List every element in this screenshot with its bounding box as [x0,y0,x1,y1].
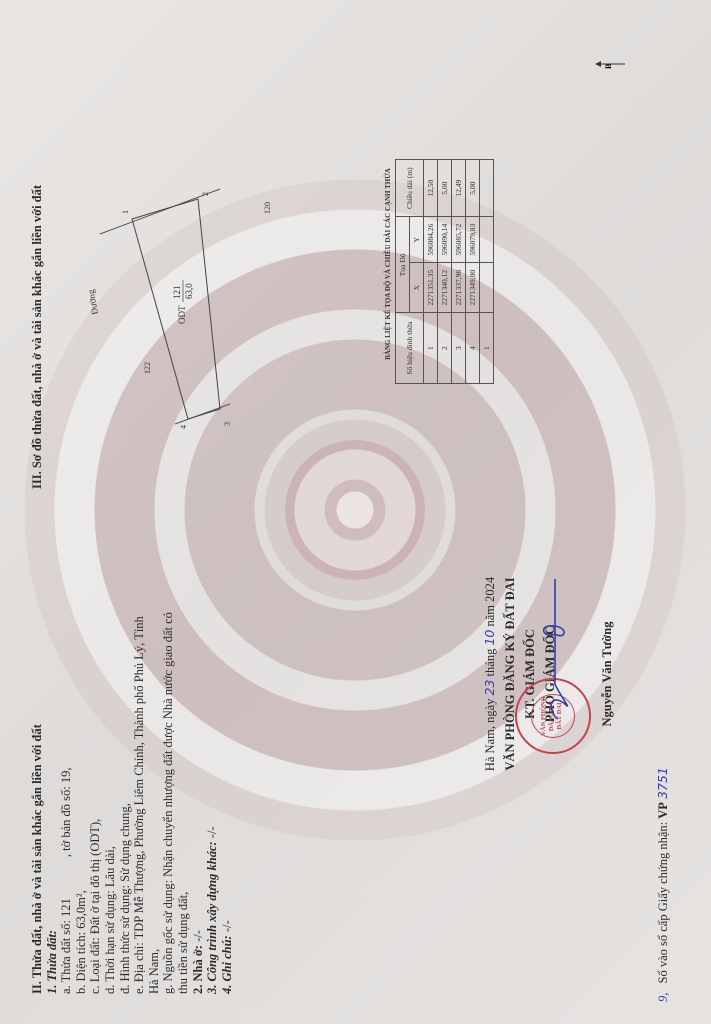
registration-label: Số vào sổ cấp Giấy chứng nhận: [656,822,670,984]
notes-label: 4. Ghi chú: [220,935,234,994]
cell-x [480,263,494,313]
section2-title: II. Thửa đất, nhà ở và tài sản khác gắn … [30,474,45,994]
registration-number-line: 9, Số vào sổ cấp Giấy chứng nhận: VP 375… [655,767,671,1002]
usage-form: đ. Hình thức sử dụng: Sử dụng chung, [118,474,133,994]
north-arrow-icon: B [595,44,625,84]
address-line-2: Hà Nam, [147,474,162,994]
issue-month: 10 [482,630,497,646]
vertex-2: 2 [201,192,210,196]
house-line: 2. Nhà ở: -/- [191,474,206,994]
other-works-line: 3. Công trình xây dựng khác: -/- [205,474,220,994]
handwritten-signature [525,574,585,724]
land-heading: 1. Thửa đất: [45,474,60,994]
vertex-1: 1 [121,210,130,214]
road-label: Đường [86,288,100,315]
neighbor-parcel-120: 120 [263,202,272,214]
cell-vertex: 4 [466,313,480,384]
parcel-number-label: 121 [172,286,182,300]
parcel-sketch: Đường 1 2 3 4 ODT 121 63,0 122 120 [70,164,320,464]
registration-prefix: VP [656,802,670,819]
table-row: 12271351,35596084,2612,50 [424,160,438,384]
address-line-1: e. Địa chỉ: TDP Mễ Thượng, Phường Liêm C… [132,474,147,994]
cell-y [480,217,494,263]
north-label: B [604,63,613,69]
issue-year: năm 2024 [483,577,497,627]
neighbor-parcel-122: 122 [143,362,152,374]
coordinate-table: BẢNG LIỆT KÊ TỌA ĐỘ VÀ CHIỀU DÀI CÁC CẠN… [384,144,494,384]
cell-vertex: 2 [438,313,452,384]
usage-term: d. Thời hạn sử dụng: Lâu dài, [103,474,118,994]
parcel-land-type: ODT [177,305,187,324]
cell-x: 2271351,35 [424,263,438,313]
cell-y: 596084,26 [424,217,438,263]
vertex-3: 3 [223,422,232,426]
parcel-number: a. Thửa đất số: 121 [59,898,73,994]
registration-number: 3751 [655,767,670,799]
cell-vertex: 3 [452,313,466,384]
col-y: Y [410,217,424,263]
house-value: -/- [191,930,205,945]
land-type: c. Loại đất: Đất ở tại đô thị (ODT), [88,474,103,994]
parcel-diagram: Đường 1 2 3 4 ODT 121 63,0 122 120 [70,164,320,464]
cell-vertex: 1 [424,313,438,384]
origin-line-1: g. Nguồn gốc sử dụng: Nhận chuyển nhượng… [161,474,176,994]
date-prefix: Hà Nam, ngày [483,699,497,772]
cell-x: 2271340,12 [438,263,452,313]
map-sheet: , tờ bản đồ số: 19, [59,768,73,858]
index-mark: 9, [656,993,670,1002]
cell-vertex: 1 [480,313,494,384]
col-length: Chiều dài (m) [396,160,424,217]
parcel-area-label: 63,0 [184,283,194,299]
vertex-4: 4 [179,425,188,429]
cell-y: 596085,72 [452,217,466,263]
cell-y: 596079,83 [466,217,480,263]
issue-day: 23 [482,680,497,696]
cell-y: 596090,14 [438,217,452,263]
parcel-number-line: a. Thửa đất số: 121 , tờ bản đồ số: 19, [59,474,74,994]
issuing-office: VĂN PHÒNG ĐĂNG KÝ ĐẤT ĐAI [500,544,520,804]
col-coords: Tọa Độ [396,217,410,313]
house-label: 2. Nhà ở: [191,945,205,994]
cell-x: 2271337,98 [452,263,466,313]
cell-length: 12,50 [424,160,438,217]
other-works-label: 3. Công trình xây dựng khác: [205,841,219,994]
notes-value: -/- [220,920,234,935]
cell-length [480,160,494,217]
other-works-value: -/- [205,826,219,841]
cell-length: 5,00 [438,160,452,217]
signer-name: Nguyễn Văn Tường [600,574,615,774]
table-row: 22271340,12596090,145,00 [438,160,452,384]
notes-line: 4. Ghi chú: -/- [220,474,235,994]
section3-title: III. Sơ đồ thửa đất, nhà ở và tài sản kh… [30,185,45,489]
cell-length: 5,00 [466,160,480,217]
origin-line-2: thu tiền sử dụng đất, [176,474,191,994]
col-vertex: Số hiệu đỉnh thửa [396,313,424,384]
month-label: tháng [483,649,497,677]
coordinate-table-title: BẢNG LIỆT KÊ TỌA ĐỘ VÀ CHIỀU DÀI CÁC CẠN… [384,144,392,384]
issue-date: Hà Nam, ngày 23 tháng 10 năm 2024 [480,544,500,804]
cell-x: 2271349,00 [466,263,480,313]
coordinates: Số hiệu đỉnh thửa Tọa Độ Chiều dài (m) X… [395,159,494,384]
section-land-parcel: II. Thửa đất, nhà ở và tài sản khác gắn … [30,474,234,994]
table-row: 1 [480,160,494,384]
cell-length: 12,49 [452,160,466,217]
col-x: X [410,263,424,313]
certificate-page: II. Thửa đất, nhà ở và tài sản khác gắn … [0,0,711,1024]
table-row: 42271349,00596079,835,00 [466,160,480,384]
table-row: 32271337,98596085,7212,49 [452,160,466,384]
rotated-page-content: II. Thửa đất, nhà ở và tài sản khác gắn … [0,0,711,1024]
area: b. Diện tích: 63,0m², [74,474,89,994]
